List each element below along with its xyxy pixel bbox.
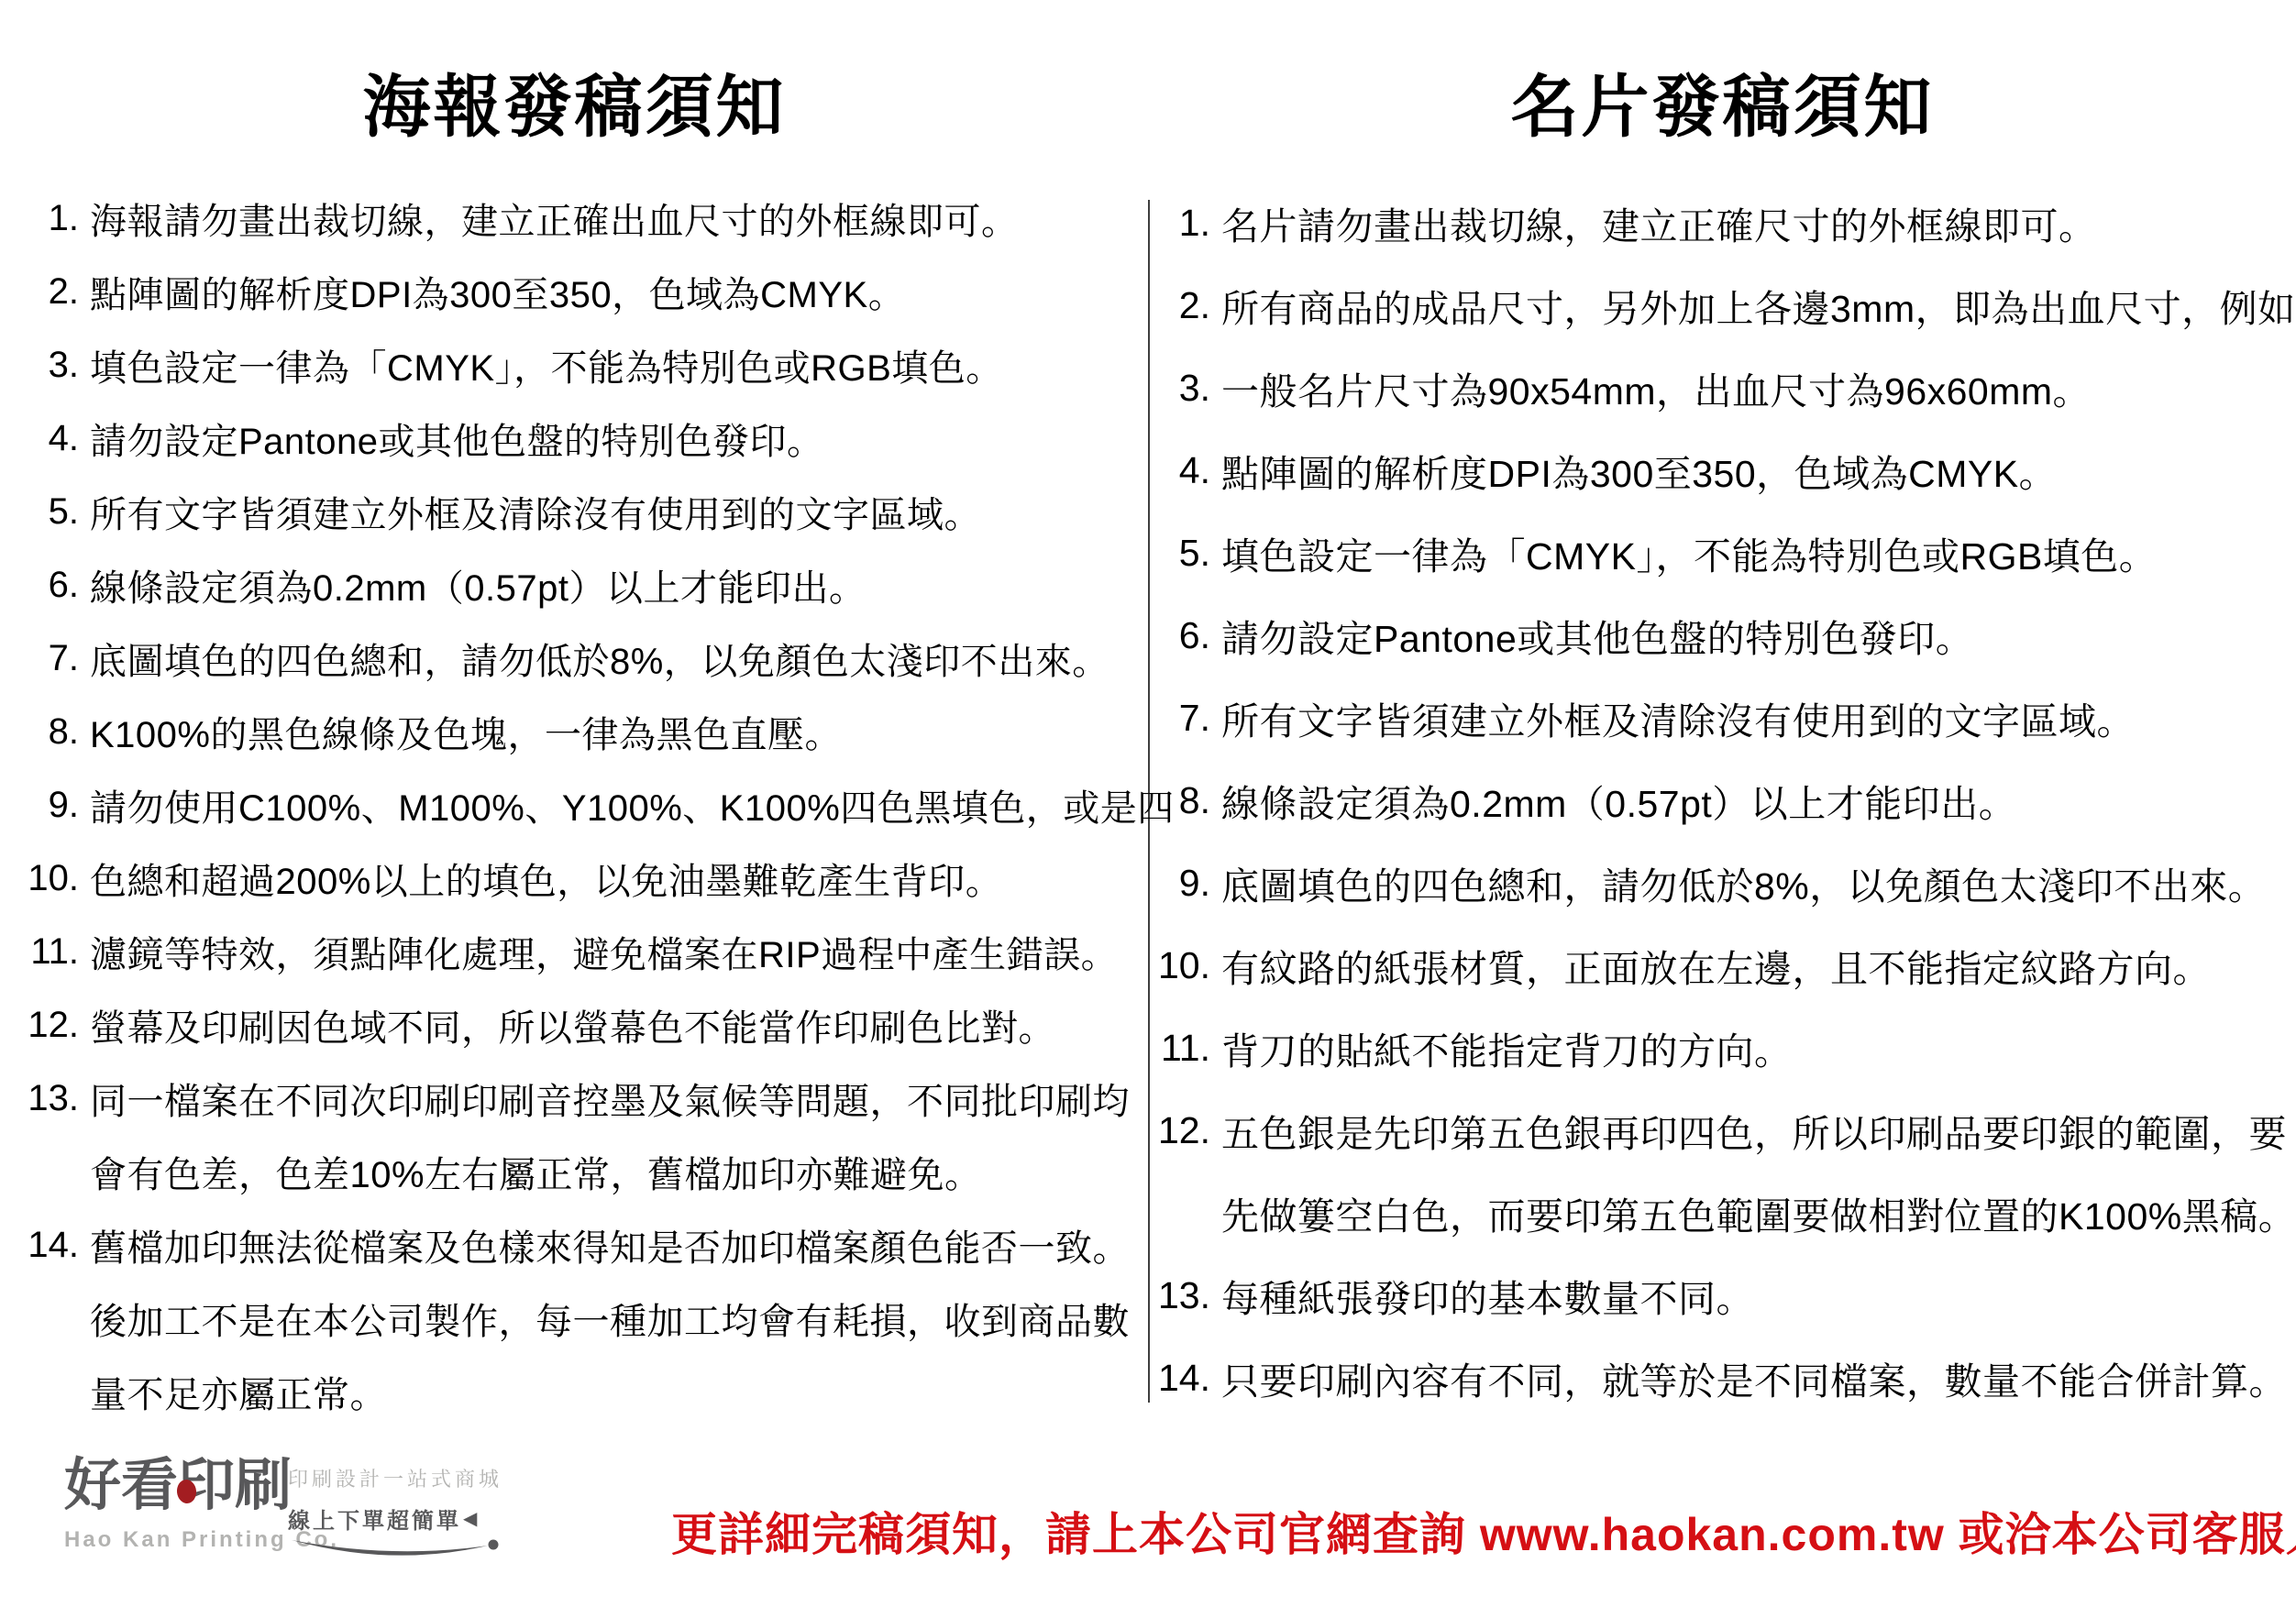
item-text: 底圖填色的四色總和，請勿低於8%，以免顏色太淺印不出來。 <box>1221 856 2266 910</box>
list-item: 14. 舊檔加印無法從檔案及色樣來得知是否加印檔案顏色能否一致。 <box>28 1208 1142 1282</box>
logo-taglines: 印刷設計一站式商城 線上下單超簡單 ◀ <box>288 1464 517 1535</box>
item-text: 線條設定須為0.2mm（0.57pt）以上才能印出。 <box>90 559 866 611</box>
item-number: 3. <box>1152 367 1210 410</box>
item-number: 4. <box>28 418 79 459</box>
item-text: 舊檔加印無法從檔案及色樣來得知是否加印檔案顏色能否一致。 <box>90 1219 1130 1271</box>
list-item: 4. 請勿設定Pantone或其他色盤的特別色發印。 <box>28 402 1142 475</box>
list-item: 10. 色總和超過200%以上的填色，以免油墨難乾產生背印。 <box>28 842 1142 915</box>
list-item: 4. 點陣圖的解析度DPI為300至350，色域為CMYK。 <box>1152 429 2290 512</box>
footer-contact-notice: 更詳細完稿須知，請上本公司官網查詢 www.haokan.com.tw 或洽本公… <box>671 1498 2296 1564</box>
list-item: 2. 點陣圖的解析度DPI為300至350，色域為CMYK。 <box>28 255 1142 328</box>
poster-notice-list: 1. 海報請勿畫出裁切線，建立正確出血尺寸的外框線即可。 2. 點陣圖的解析度D… <box>28 182 1142 1428</box>
item-text: 請勿設定Pantone或其他色盤的特別色發印。 <box>90 413 824 465</box>
list-item: 7. 所有文字皆須建立外框及清除沒有使用到的文字區域。 <box>1152 677 2290 759</box>
item-number: 6. <box>28 565 79 606</box>
list-item: 1. 海報請勿畫出裁切線，建立正確出血尺寸的外框線即可。 <box>28 182 1142 255</box>
item-text: 背刀的貼紙不能指定背刀的方向。 <box>1221 1021 1793 1075</box>
item-number: 2. <box>28 271 79 313</box>
item-number: 8. <box>28 711 79 753</box>
left-triangle-icon: ◀ <box>463 1507 477 1530</box>
item-text: 填色設定一律為「CMYK」，不能為特別色或RGB填色。 <box>90 339 1003 391</box>
list-item: 9. 請勿使用C100%、M100%、Y100%、K100%四色黑填色，或是四 <box>28 768 1142 842</box>
item-number: 12. <box>1152 1109 1210 1152</box>
list-item: 6. 請勿設定Pantone或其他色盤的特別色發印。 <box>1152 594 2290 677</box>
item-number: 9. <box>1152 862 1210 905</box>
list-item: 7. 底圖填色的四色總和，請勿低於8%，以免顏色太淺印不出來。 <box>28 622 1142 695</box>
item-text: 色總和超過200%以上的填色，以免油墨難乾產生背印。 <box>90 853 1002 905</box>
list-item: 會有色差，色差10%左右屬正常，舊檔加印亦難避免。 <box>28 1135 1142 1208</box>
item-number: 5. <box>1152 532 1210 575</box>
list-item: 10. 有紋路的紙張材質，正面放在左邊，且不能指定紋路方向。 <box>1152 924 2290 1007</box>
item-text: 量不足亦屬正常。 <box>90 1366 387 1418</box>
item-text: 所有商品的成品尺寸，另外加上各邊3mm，即為出血尺寸，例如 <box>1221 279 2296 333</box>
item-number: 9. <box>28 785 79 826</box>
item-text: 同一檔案在不同次印刷印刷音控墨及氣候等問題，不同批印刷均 <box>90 1073 1130 1125</box>
logo-tagline-top: 印刷設計一站式商城 <box>288 1464 517 1492</box>
list-item: 9. 底圖填色的四色總和，請勿低於8%，以免顏色太淺印不出來。 <box>1152 842 2290 924</box>
list-item: 8. 線條設定須為0.2mm（0.57pt）以上才能印出。 <box>1152 759 2290 842</box>
item-number: 7. <box>1152 697 1210 740</box>
list-item: 12. 五色銀是先印第五色銀再印四色，所以印刷品要印銀的範圍，要 <box>1152 1089 2290 1172</box>
item-number: 13. <box>28 1078 79 1119</box>
item-number: 6. <box>1152 614 1210 657</box>
item-number: 11. <box>1152 1027 1210 1070</box>
list-item: 8. K100%的黑色線條及色塊，一律為黑色直壓。 <box>28 695 1142 768</box>
item-text: 會有色差，色差10%左右屬正常，舊檔加印亦難避免。 <box>90 1146 982 1198</box>
card-section-title: 名片發稿須知 <box>1149 53 2296 150</box>
list-item: 1. 名片請勿畫出裁切線，建立正確尺寸的外框線即可。 <box>1152 182 2290 264</box>
item-text: K100%的黑色線條及色塊，一律為黑色直壓。 <box>90 706 842 758</box>
item-number: 10. <box>1152 944 1210 987</box>
item-text: 有紋路的紙張材質，正面放在左邊，且不能指定紋路方向。 <box>1221 939 2211 993</box>
item-text: 後加工不是在本公司製作，每一種加工均會有耗損，收到商品數 <box>90 1293 1130 1345</box>
list-item: 11. 背刀的貼紙不能指定背刀的方向。 <box>1152 1007 2290 1089</box>
item-number: 4. <box>1152 449 1210 492</box>
item-text: 名片請勿畫出裁切線，建立正確尺寸的外框線即可。 <box>1221 196 2097 250</box>
item-number: 2. <box>1152 284 1210 327</box>
item-text: 每種紙張發印的基本數量不同。 <box>1221 1269 1754 1323</box>
item-text: 所有文字皆須建立外框及清除沒有使用到的文字區域。 <box>90 486 981 538</box>
list-item: 13. 每種紙張發印的基本數量不同。 <box>1152 1254 2290 1337</box>
item-number: 13. <box>1152 1274 1210 1317</box>
item-number: 14. <box>1152 1357 1210 1400</box>
list-item: 11. 濾鏡等特效，須點陣化處理，避免檔案在RIP過程中產生錯誤。 <box>28 915 1142 988</box>
item-number: 14. <box>28 1225 79 1266</box>
item-number: 11. <box>28 931 79 973</box>
item-text: 濾鏡等特效，須點陣化處理，避免檔案在RIP過程中產生錯誤。 <box>90 926 1118 978</box>
item-number: 1. <box>1152 202 1210 245</box>
list-item: 13. 同一檔案在不同次印刷印刷音控墨及氣候等問題，不同批印刷均 <box>28 1062 1142 1135</box>
item-text: 點陣圖的解析度DPI為300至350，色域為CMYK。 <box>90 266 905 318</box>
list-item: 3. 一般名片尺寸為90x54mm，出血尺寸為96x60mm。 <box>1152 347 2290 429</box>
item-text: 請勿使用C100%、M100%、Y100%、K100%四色黑填色，或是四 <box>90 779 1175 831</box>
item-text: 底圖填色的四色總和，請勿低於8%，以免顏色太淺印不出來。 <box>90 633 1109 685</box>
item-number: 3. <box>28 345 79 386</box>
item-text: 海報請勿畫出裁切線，建立正確出血尺寸的外框線即可。 <box>90 193 1019 245</box>
list-item: 14. 只要印刷內容有不同，就等於是不同檔案，數量不能合併計算。 <box>1152 1337 2290 1419</box>
item-number: 12. <box>28 1005 79 1046</box>
item-text: 只要印刷內容有不同，就等於是不同檔案，數量不能合併計算。 <box>1221 1351 2287 1405</box>
item-number: 1. <box>28 198 79 239</box>
list-item: 12. 螢幕及印刷因色域不同，所以螢幕色不能當作印刷色比對。 <box>28 988 1142 1062</box>
poster-section-title: 海報發稿須知 <box>0 53 1149 150</box>
smile-swoosh-icon <box>290 1536 501 1568</box>
list-item: 6. 線條設定須為0.2mm（0.57pt）以上才能印出。 <box>28 548 1142 622</box>
list-item: 2. 所有商品的成品尺寸，另外加上各邊3mm，即為出血尺寸，例如 <box>1152 264 2290 347</box>
item-text: 填色設定一律為「CMYK」，不能為特別色或RGB填色。 <box>1221 526 2157 580</box>
item-text: 點陣圖的解析度DPI為300至350，色域為CMYK。 <box>1221 444 2057 498</box>
list-item: 5. 填色設定一律為「CMYK」，不能為特別色或RGB填色。 <box>1152 512 2290 594</box>
item-text: 一般名片尺寸為90x54mm，出血尺寸為96x60mm。 <box>1221 361 2091 415</box>
list-item: 3. 填色設定一律為「CMYK」，不能為特別色或RGB填色。 <box>28 328 1142 402</box>
list-item: 5. 所有文字皆須建立外框及清除沒有使用到的文字區域。 <box>28 475 1142 548</box>
list-item: 先做簍空白色，而要印第五色範圍要做相對位置的K100%黑稿。 <box>1152 1172 2290 1254</box>
item-number: 5. <box>28 491 79 533</box>
item-number: 10. <box>28 858 79 899</box>
card-notice-list: 1. 名片請勿畫出裁切線，建立正確尺寸的外框線即可。 2. 所有商品的成品尺寸，… <box>1152 182 2290 1419</box>
item-text: 先做簍空白色，而要印第五色範圍要做相對位置的K100%黑稿。 <box>1221 1186 2296 1240</box>
list-item: 量不足亦屬正常。 <box>28 1355 1142 1428</box>
list-item: 後加工不是在本公司製作，每一種加工均會有耗損，收到商品數 <box>28 1282 1142 1355</box>
item-number: 8. <box>1152 779 1210 822</box>
item-text: 線條設定須為0.2mm（0.57pt）以上才能印出。 <box>1221 774 2016 828</box>
item-text: 請勿設定Pantone或其他色盤的特別色發印。 <box>1221 609 1973 663</box>
item-text: 所有文字皆須建立外框及清除沒有使用到的文字區域。 <box>1221 691 2135 745</box>
item-text: 螢幕及印刷因色域不同，所以螢幕色不能當作印刷色比對。 <box>90 999 1055 1051</box>
document-page: 海報發稿須知 名片發稿須知 1. 海報請勿畫出裁切線，建立正確出血尺寸的外框線即… <box>0 0 2296 1618</box>
item-text: 五色銀是先印第五色銀再印四色，所以印刷品要印銀的範圍，要 <box>1221 1104 2287 1158</box>
item-number: 7. <box>28 638 79 679</box>
